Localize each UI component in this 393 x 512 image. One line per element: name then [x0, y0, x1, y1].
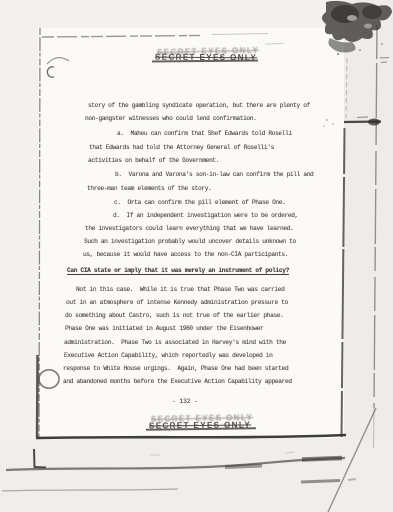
right-margin-dots: [323, 119, 334, 127]
top-faint-dash: [265, 44, 284, 45]
left-border-line: [39, 28, 40, 437]
scan-noise-tick: [348, 479, 356, 480]
bottom-edge-shading: [0, 439, 393, 512]
scan-noise-blob-2: [302, 458, 342, 460]
text-line: d. If an independent investigation were …: [113, 212, 298, 219]
scan-noise-line-1: [6, 458, 345, 470]
outer-page-edge-line: [374, 25, 377, 408]
toner-smudge-blob: [322, 1, 392, 55]
text-line: a. Maheu can confirm that Shef Edwards t…: [117, 130, 292, 137]
bottom-border-line: [36, 435, 346, 438]
text-line: Executive Action Capability, which repor…: [64, 352, 273, 359]
text-line: c. Orta can confirm the pill element of …: [114, 199, 286, 206]
text-line: do something about Castro, such is not t…: [65, 312, 284, 319]
text-line: Phase One was initiated in August 1960 u…: [65, 325, 263, 332]
text-line: us, because it would have access to the …: [83, 251, 288, 258]
page-edge-shading: [344, 0, 393, 512]
text-line: out in an atmosphere of intense Kennedy …: [66, 299, 288, 306]
right-border-faint-upper: [346, 58, 347, 118]
text-line: Such an investigation probably would unc…: [84, 238, 296, 245]
corner-l-mark: [34, 449, 46, 468]
scan-noise-line-2: [2, 489, 178, 491]
text-line: story of the gambling syndicate operatio…: [88, 102, 310, 109]
pen-mark-arc: [47, 58, 69, 64]
text-line: and abandoned months before the Executiv…: [63, 378, 292, 385]
right-margin-tick: [357, 117, 368, 118]
right-border-line: [342, 128, 345, 437]
text-line: three-man team elements of the story.: [87, 185, 211, 192]
text-line: that Edwards had told the Attorney Gener…: [89, 144, 274, 151]
paper-surface: [38, 28, 344, 438]
top-border-faint-segment: [212, 34, 268, 35]
scanned-document-page: SECRET EYES ONLY SECRET EYES ONLY story …: [0, 0, 393, 512]
section-heading: Can CIA state or imply that it was merel…: [67, 267, 289, 274]
text-line: the investigators could learn everything…: [85, 225, 294, 232]
right-margin-blob: [368, 119, 380, 126]
right-edge-tick-marks: [380, 58, 389, 63]
pen-mark-c: [47, 67, 54, 77]
page-number: - 132 -: [172, 398, 198, 405]
scan-noise-blob-3: [301, 481, 340, 483]
text-line: b. Varona and Varona's son-in-law can co…: [115, 171, 313, 178]
fold-diagonal-line: [328, 408, 376, 512]
top-border-line: [42, 36, 200, 38]
text-line: administration. Phase Two is associated …: [64, 339, 286, 346]
right-margin-dash-mark: [344, 122, 381, 123]
scan-noise-blob-1: [225, 466, 262, 468]
outer-edge-tail: [374, 408, 375, 448]
text-line: Not in this case. While it is true that …: [76, 286, 285, 293]
left-border-dark-segment: [37, 355, 38, 437]
text-line: response to White House urgings. Again, …: [63, 365, 288, 372]
text-line: activities on behalf of the Government.: [88, 157, 219, 164]
text-line: non-gangster witnesses who could lend co…: [85, 115, 257, 122]
hole-punch-circle: [39, 370, 59, 388]
scan-noise-specks: [150, 452, 295, 455]
